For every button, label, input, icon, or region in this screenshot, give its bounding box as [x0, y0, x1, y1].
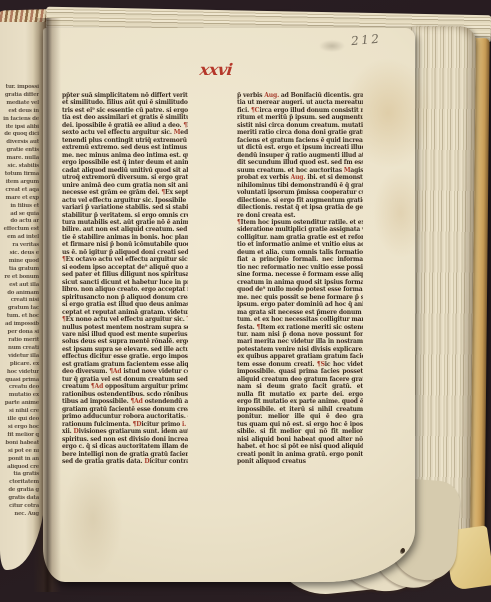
- body-text: Ex nono actu vel effectu arguitur sic.: [66, 316, 187, 323]
- body-text: nulla fit mutatio ex parte dei. ergo: [237, 391, 363, 398]
- text-line: per dona si: [2, 329, 39, 337]
- body-text: bilire. aut non est aliquid creatum. sed…: [62, 226, 188, 233]
- body-text: do actu ar: [10, 218, 39, 224]
- body-text: me. nec minus anima deo intima est. quar…: [62, 152, 188, 159]
- body-text: gratum fac: [8, 305, 39, 311]
- facing-page-text-fragments: tur. impossigratia differmediate velest …: [2, 84, 39, 519]
- body-text: sideratione multiplici gratie assignata …: [237, 226, 363, 233]
- text-line: suum creatum. et hoc auctoritas Magistri: [237, 167, 363, 174]
- body-text: ad se quia: [10, 211, 39, 217]
- text-line: deum et alia. cum omnis talis formatio: [237, 249, 363, 256]
- body-text: tia est deo assimilari et gratis ē simil…: [62, 114, 188, 121]
- body-text: festa.: [237, 324, 257, 331]
- body-text: istud nove videtur colligi: [121, 368, 188, 375]
- body-text: hoc videtur: [7, 369, 39, 375]
- body-text: ra veritas: [12, 242, 39, 248]
- body-text: in filius et: [10, 203, 39, 209]
- text-line: voluntati ipsorum p̄missa cooperatur cum: [237, 189, 363, 196]
- text-line: do animam: [2, 290, 39, 298]
- body-text: mutatio ex: [9, 392, 39, 398]
- text-line: sexto actu vel effectu arguitur sic. Med…: [62, 129, 188, 136]
- text-line: ctoritatem: [2, 479, 39, 487]
- text-line: et similitudo. filius aūt qui ē similitu…: [62, 99, 188, 106]
- offset-ink-ghost: [319, 40, 345, 52]
- text-line: nullus potest mentem nostram supra se el…: [62, 324, 188, 331]
- text-line: creatum ¶Ad oppositum arguitur primo: [62, 383, 188, 390]
- text-line: meriti ratio circa dona doni gratie grat…: [237, 129, 363, 136]
- body-text: ostendendū aūt: [143, 398, 188, 405]
- text-line: tio et informatio anime et vnitio eius a…: [237, 241, 363, 248]
- body-text: ratio merit: [8, 337, 39, 343]
- body-text: si ergo hoc: [8, 424, 39, 430]
- text-line: sed de gratia gratis data. Dicitur contr…: [62, 458, 188, 465]
- body-text: mare. nulla: [7, 155, 39, 161]
- body-text: effectum est: [4, 226, 39, 232]
- text-line: quod de⁹ nullo modo potest esse forma an…: [237, 286, 363, 293]
- text-line: sistit nisi circa donum creatum. mutati …: [237, 122, 363, 129]
- text-line: de quoq dici: [2, 131, 39, 139]
- body-text: mari merita nec videtur illa in nostram: [237, 338, 363, 345]
- body-text: gratiam gratū facientē esse donum creatu…: [62, 406, 188, 413]
- text-line: tum. et ex hoc necessitas colligitur man…: [237, 316, 363, 323]
- body-text: tio nec reformatio nec vnitio esse possi…: [237, 264, 363, 271]
- text-line: bere intelligi non de gratia gratū facie…: [62, 451, 188, 458]
- body-text: est aut illa: [9, 282, 39, 288]
- body-text: spiritusancto non p̄ aliquod donum creat…: [62, 294, 188, 301]
- text-line: creat et aqa: [2, 187, 39, 195]
- text-line: unire animā deo cum gratia non sit anima…: [62, 182, 188, 189]
- body-text: creat et aqa: [5, 187, 39, 193]
- text-line: tur q̄ gratia vel est donum creatum sed …: [62, 376, 188, 383]
- text-line: mare et exp: [2, 195, 39, 203]
- text-line: ille qui deo: [2, 416, 39, 424]
- body-text: rationum fulcimenta.: [62, 421, 133, 428]
- text-line: sicut sancti dicunt et habetur luce in p…: [62, 279, 188, 286]
- text-line: mediate vel: [2, 100, 39, 108]
- text-column-left: pp̄ter suā simplicitatem nō differt veri…: [62, 92, 188, 465]
- body-text: nec. Aug: [14, 511, 39, 517]
- body-text: parte anime: [5, 400, 39, 406]
- text-line: colligitur. nam gratia gratie est et ref…: [237, 234, 363, 241]
- body-text: colligitur. nam gratia gratie est et ref…: [237, 234, 363, 241]
- body-text: libro. non aliquo creato. ergo acceptat …: [62, 286, 188, 293]
- body-text: solus deus est supra mentē rōnalē. ergo …: [62, 338, 188, 345]
- text-line: est aut illa: [2, 282, 39, 290]
- text-line: spiritus. sed non est divisio doni incre…: [62, 436, 188, 443]
- body-text: plicare. ex: [10, 361, 39, 367]
- body-text: sic. deus ē: [10, 250, 39, 256]
- body-text: meriti ratio circa dona doni gratie grat…: [237, 129, 363, 136]
- body-text: nisi aliquid boni habeat quod alter nō: [237, 436, 363, 443]
- text-line: do actu ar: [2, 218, 39, 226]
- body-text: suum creatum. et hoc auctoritas: [237, 167, 344, 174]
- text-line: et firmare nisi p̄ bonū īcōmutabile quod…: [62, 241, 188, 248]
- text-line: creati nisi: [2, 297, 39, 305]
- text-line: si ergo gratia est illud quo deus animas…: [62, 301, 188, 308]
- body-text: agistri: [350, 167, 363, 174]
- body-text: Item ex ratione meriti sic ostendi: [260, 324, 363, 331]
- body-text: sexto actu vel effectu arguitur sic.: [62, 129, 174, 136]
- rubricated-text: ¶S: [317, 361, 325, 368]
- body-text: creati nisi: [11, 297, 39, 303]
- handwritten-folio-number: 212: [351, 31, 402, 47]
- text-line: nam si deum grato facit gratū. et: [237, 383, 363, 390]
- text-line: gratia differ: [2, 92, 39, 100]
- text-line: aliquid creatum deo gratum facere gratū.: [237, 376, 363, 383]
- body-text: tie ē stabilire animas in bonis. hoc pla…: [62, 234, 188, 241]
- body-text: tenendi plus contingit utriq̄ extremorū …: [62, 137, 188, 144]
- body-text: gratie entis: [7, 147, 39, 153]
- text-line: solus deus est supra mentē rōnalē. ergo …: [62, 338, 188, 345]
- recto-page: 212 xxvi pp̄ter suā simplicitatem nō dif…: [43, 28, 415, 582]
- body-text: tum. et hoc: [7, 313, 39, 319]
- body-text: Ex: [187, 122, 188, 129]
- body-text: aliquod cre: [7, 464, 39, 470]
- body-text: Ex septimo: [165, 189, 188, 196]
- body-text: tum. et ex hoc necessitas colligitur man…: [237, 316, 363, 323]
- body-text: ceptat et reputat animā gratam. videtur …: [62, 309, 188, 316]
- text-line: sine forma. necesse ē formam esse aliqui…: [237, 271, 363, 278]
- text-line: ponitur. melior ille qui ē deo gra: [237, 413, 363, 420]
- text-line: tia gratum: [2, 266, 39, 274]
- text-line: habet. et hoc si pōt ee nisi quod aliqui…: [237, 443, 363, 450]
- body-text: icitur contra: [149, 458, 188, 465]
- text-line: aliquod cre: [2, 464, 39, 472]
- text-line: effectum est: [2, 226, 39, 234]
- text-line: nulla fit mutatio ex parte dei. ergo: [237, 391, 363, 398]
- rubricated-text: ¶Ad: [130, 398, 142, 405]
- body-text: Ex octavo actu vel effectu arguitur sic.: [66, 256, 188, 263]
- body-text: ille qui deo: [8, 416, 39, 422]
- text-line: ratio merit: [2, 337, 39, 345]
- text-line: rationum fulcimenta. ¶Dicitur primo i. C…: [62, 421, 188, 428]
- text-line: tio nec reformatio nec vnitio esse possi…: [237, 264, 363, 271]
- text-line: faciens et gratum faciens ē quid increat…: [237, 137, 363, 144]
- text-line: tia ut merear augeri. ut aucta mereatur …: [237, 99, 363, 106]
- body-text: sed pater et filius diligunt nos spiritu…: [62, 271, 188, 278]
- body-text: spiritus. sed non est divisio doni incre…: [62, 436, 188, 443]
- text-line: ponit aliquod creatus: [237, 458, 363, 465]
- body-text: ex quibus apparet gratiam gratum facien: [237, 353, 363, 360]
- text-line: si pōt ee nī: [2, 448, 39, 456]
- body-text: gratis data: [8, 495, 39, 501]
- text-line: ite ipsi alibi: [2, 124, 39, 132]
- body-text: creati ponit in anima gratū. ergo ponit: [237, 451, 363, 458]
- body-text: dilectionis. restat q̄ et ipsa gratia de…: [237, 204, 363, 211]
- body-text: si ergo gratia est illud quo deus animas…: [62, 301, 188, 308]
- body-text: fit melior q: [7, 432, 39, 438]
- body-text: vare nisi illud quod est mente superius.…: [62, 331, 188, 338]
- body-text: potestatem venire nisi divisis explicare…: [237, 346, 363, 353]
- text-line: me. nec quis possit se bene formare p̄ s…: [237, 294, 363, 301]
- text-line: libro. non aliquo creato. ergo acceptat …: [62, 286, 188, 293]
- text-line: variari p̄ variatione stabilis. sed si s…: [62, 204, 188, 211]
- text-line: tris est ei⁹ sic essentie cū patre. si e…: [62, 107, 188, 114]
- body-text: gratia differ: [5, 92, 39, 98]
- body-text: si nihil cre: [9, 408, 39, 414]
- body-text: variari p̄ variatione stabilis. sed si s…: [62, 204, 188, 211]
- body-text: ut dictū est. ergo et ipsum increati ill…: [237, 144, 363, 151]
- rubricated-text: i. Corin.: [182, 421, 188, 428]
- body-text: diversis aut: [6, 139, 39, 145]
- text-line: tem esse donum creati. ¶Sic hoc videt: [237, 361, 363, 368]
- text-line: creati ponit in anima gratū. ergo ponit: [237, 451, 363, 458]
- body-text: icitur primo: [141, 421, 182, 428]
- body-text: impossibile. et iterū si nihil creatum: [237, 406, 363, 413]
- text-line: necesse est grām ee grām dei. ¶Ex septim…: [62, 189, 188, 196]
- body-text: nihilominus tibi demonstrandū ē q̄ grati…: [237, 182, 363, 189]
- text-line: tus quam qui nō est. si ergo hoc ē ipos: [237, 421, 363, 428]
- text-line: parte anime: [2, 400, 39, 408]
- body-text: ipsum. ergo pater dominiū ad hoc q̄ ani: [237, 301, 363, 308]
- body-text: quasi prima: [5, 377, 39, 383]
- text-line: gratiam gratū facientē esse donum creatu…: [62, 406, 188, 413]
- body-text: mediate vel: [6, 100, 39, 106]
- body-text: ergo ipossibile est q̄ inter deum et ani…: [62, 159, 188, 166]
- body-text: ritum et meritū p̄ ipsum. sed augmentum …: [237, 114, 363, 121]
- body-text: aliquid creatum deo gratum facere gratū.: [237, 376, 363, 383]
- body-text: ite ipsi alibi: [6, 124, 39, 130]
- text-line: ergo fit mutatio ex parte anime. quod ē: [237, 398, 363, 405]
- text-line: ra veritas: [2, 242, 39, 250]
- body-text: est ipsam supra se elevare. sed ille act…: [62, 346, 188, 353]
- text-line: spiritusancto non p̄ aliquod donum creat…: [62, 294, 188, 301]
- text-line: bilire. aut non est aliquid creatum. sed…: [62, 226, 188, 233]
- text-line: boni habeat: [2, 440, 39, 448]
- body-text: ic hoc videt: [325, 361, 363, 368]
- text-line: tum. et hoc: [2, 313, 39, 321]
- body-text: xii.: [62, 428, 74, 435]
- body-text: ctoritatem: [9, 479, 39, 485]
- body-text: tur q̄ gratia vel est donum creatum sed …: [62, 376, 188, 383]
- text-line: si nihil cre: [2, 408, 39, 416]
- body-text: primo adducuntur robora auctoritatis. et…: [62, 413, 188, 420]
- body-text: sic. stabilis: [8, 163, 39, 169]
- body-text: quod de⁹ nullo modo potest esse forma an…: [237, 286, 363, 293]
- body-text: ad Bonifaciū dicentis. gra: [279, 92, 363, 99]
- body-text: creatum: [62, 383, 91, 390]
- body-text: tibus ad impossibile.: [62, 398, 130, 405]
- body-text: creatū deo: [9, 384, 39, 390]
- chapter-heading-rubric: xxvi: [160, 62, 272, 78]
- text-line: dei. ipossibile ē gratiā ee aliud a deo.…: [62, 122, 188, 129]
- body-text: me. nec quis possit se bene formare p̄ s…: [237, 294, 363, 301]
- body-text: tur. nam nisi p̄ dona nove possunt for: [237, 331, 363, 338]
- text-line: tur. impossi: [2, 84, 39, 92]
- body-text: extremū extremo. sed deus est intimus an…: [62, 144, 188, 151]
- body-text: sibile. si fit melior qui nō fit melior: [237, 428, 363, 435]
- text-line: actu vel effectu arguitur sic. Ipossibil…: [62, 197, 188, 204]
- body-text: et similitudo. filius aūt qui ē similitu…: [62, 99, 188, 106]
- text-line: festa. ¶Item ex ratione meriti sic osten…: [237, 324, 363, 331]
- text-line: fici. ¶Circa ergo illud donum consistit …: [237, 107, 363, 114]
- text-line: gratum fac: [2, 305, 39, 313]
- body-text: nam si deum grato facit gratū. et: [237, 383, 363, 390]
- body-text: irca ergo illud donum consistit me: [259, 107, 363, 114]
- text-line: tura mutabilis est. aūt gratie nō ē anim…: [62, 219, 188, 226]
- text-line: mine quod: [2, 258, 39, 266]
- paper-stain: [63, 458, 123, 578]
- body-text: item argum: [6, 179, 39, 185]
- text-line: ad se quia: [2, 211, 39, 219]
- ink-speck: [401, 548, 405, 553]
- text-line: est gratiam gratum facientem esse aliqui…: [62, 361, 188, 368]
- text-line: gratie entis: [2, 147, 39, 155]
- body-text: deum et alia. cum omnis talis formatio: [237, 249, 363, 256]
- body-text: us ē. nō igitur p̄ aliquod doni creati s…: [62, 249, 188, 256]
- text-line: ¶Ex octavo actu vel effectu arguitur sic…: [62, 256, 188, 263]
- rubricated-text: Aug.: [291, 174, 306, 181]
- body-text: probat ex verbis: [237, 174, 291, 181]
- body-text: tris est ei⁹ sic essentie cū patre. si e…: [62, 107, 188, 114]
- text-line: hoc videtur: [2, 369, 39, 377]
- text-line: videtur illa: [2, 353, 39, 361]
- body-text: est deus in: [8, 108, 39, 114]
- body-text: dei. ipossibile ē gratiā ee aliud a deo.: [62, 122, 183, 129]
- text-line: est deus in: [2, 108, 39, 116]
- text-line: ponit in an: [2, 456, 39, 464]
- text-line: in faciens de: [2, 116, 39, 124]
- text-line: sideratione multiplici gratie assignata …: [237, 226, 363, 233]
- text-line: mari merita nec videtur illa in nostram: [237, 338, 363, 345]
- text-line: utroq̄ extremorū diversum. si ergo grati…: [62, 174, 188, 181]
- body-text: ma grata sit necesse est p̄mere donum cr…: [237, 309, 363, 316]
- text-line: ma grata sit necesse est p̄mere donum cr…: [237, 309, 363, 316]
- text-line: gratis data: [2, 495, 39, 503]
- text-line: dilectione. si ergo fit augmentum gratie…: [237, 197, 363, 204]
- body-text: videtur illa: [8, 353, 39, 359]
- rubricated-text: T: [187, 316, 188, 323]
- text-line: sibile. si fit melior qui nō fit melior: [237, 428, 363, 435]
- text-line: ut dictū est. ergo et ipsum increati ill…: [237, 144, 363, 151]
- rubricated-text: ¶Ad: [109, 368, 121, 375]
- body-text: Item hoc ipsum ostenditur ratile. et ex …: [241, 219, 363, 226]
- text-line: dit secundum illud quod est. sed fm esse: [237, 159, 363, 166]
- text-line: pp̄ter suā simplicitatem nō differt veri…: [62, 92, 188, 99]
- text-line: tie ē stabilire animas in bonis. hoc pla…: [62, 234, 188, 241]
- text-line: si eodem ipso acceptat de⁹ aliquē quo am…: [62, 264, 188, 271]
- text-line: effectus dicitur esse gratie. ergo impos…: [62, 353, 188, 360]
- body-text: mare et exp: [6, 195, 39, 201]
- text-line: tia est deo assimilari et gratis ē simil…: [62, 114, 188, 121]
- body-text: do animam: [7, 290, 39, 296]
- body-text: re doni creata est.: [237, 212, 295, 219]
- text-column-right: p̄ verbis Aug. ad Bonifaciū dicentis. gr…: [237, 92, 363, 465]
- text-line: sic. deus ē: [2, 250, 39, 258]
- text-line: ritum et meritū p̄ ipsum. sed augmentum …: [237, 114, 363, 121]
- body-text: stabilitur p̄ veritatem. si ergo omnis c…: [62, 212, 188, 219]
- text-line: creatū deo: [2, 384, 39, 392]
- text-line: sic. stabilis: [2, 163, 39, 171]
- text-line: re doni creata est.: [237, 212, 363, 219]
- text-line: tenendi plus contingit utriq̄ extremorū …: [62, 137, 188, 144]
- text-line: em ad intel: [2, 234, 39, 242]
- body-text: boni habeat: [5, 440, 39, 446]
- text-line: ad impossib: [2, 321, 39, 329]
- body-text: ibi. et si demonstrat: [305, 174, 363, 181]
- text-line: mare. nulla: [2, 155, 39, 163]
- body-text: in faciens de: [3, 116, 39, 122]
- body-text: oppositum arguitur primo: [103, 383, 188, 390]
- body-text: edius: [180, 129, 188, 136]
- body-text: sed de gratia gratis data.: [62, 458, 144, 465]
- text-line: ergo c. q̄ si dicas auctoritatem illam d…: [62, 443, 188, 450]
- body-text: ad impossib: [5, 321, 39, 327]
- text-line: p̄ verbis Aug. ad Bonifaciū dicentis. gr…: [237, 92, 363, 99]
- body-text: faciens et gratum faciens ē quid increat…: [237, 137, 363, 144]
- body-text: dit secundum illud quod est. sed fm esse: [237, 159, 363, 166]
- body-text: tio et informatio anime et vnitio eius a…: [237, 241, 363, 248]
- text-line: ergo ipossibile est q̄ inter deum et ani…: [62, 159, 188, 166]
- body-text: sistit nisi circa donum creatum. mutati …: [237, 122, 363, 129]
- text-line: de gratia g: [2, 487, 39, 495]
- body-text: tia gratum: [9, 266, 39, 272]
- body-text: pp̄ter suā simplicitatem nō differt veri…: [62, 92, 188, 99]
- text-line: ceptat et reputat animā gratam. videtur …: [62, 309, 188, 316]
- text-line: plicare. ex: [2, 361, 39, 369]
- facing-page-edge: tur. impossigratia differmediate velest …: [0, 22, 46, 570]
- body-text: dilectione. si ergo fit augmentum gratie…: [237, 197, 363, 204]
- text-line: est ipsam supra se elevare. sed ille act…: [62, 346, 188, 353]
- body-text: tem esse donum creati.: [237, 361, 317, 368]
- body-text: fiat a principio formali. nec informa: [237, 256, 363, 263]
- text-line: diversis aut: [2, 139, 39, 147]
- body-text: cadat aliquod mediū unitivū quod sit ab: [62, 167, 188, 174]
- body-text: voluntati ipsorum p̄missa cooperatur cum: [237, 189, 363, 196]
- text-line: creatum in anima quod sit ipsius forma. …: [237, 279, 363, 286]
- text-line: totum firmā: [2, 171, 39, 179]
- body-text: tur. impossi: [6, 84, 39, 90]
- text-line: potestatem venire nisi divisis explicare…: [237, 346, 363, 353]
- text-line: re et bonum: [2, 274, 39, 282]
- text-line: impossibile. quasi prima facies posset: [237, 368, 363, 375]
- text-line: impossibile. et iterū si nihil creatum: [237, 406, 363, 413]
- text-line: mutatio ex: [2, 392, 39, 400]
- text-line: in filius et: [2, 203, 39, 211]
- text-line: deo diversum. ¶Ad istud nove videtur col…: [62, 368, 188, 375]
- text-line: item argum: [2, 179, 39, 187]
- body-text: ponit aliquod creatus: [237, 458, 306, 465]
- body-text: nullus potest mentem nostram supra se el…: [62, 324, 188, 331]
- text-line: tibus ad impossibile. ¶Ad ostendendū aūt: [62, 398, 188, 405]
- text-line: dilectionis. restat q̄ et ipsa gratia de…: [237, 204, 363, 211]
- body-text: impossibile. quasi prima facies posset: [237, 368, 363, 375]
- text-line: primo adducuntur robora auctoritatis. et…: [62, 413, 188, 420]
- body-text: totum firmā: [5, 171, 39, 177]
- body-text: ponitur. melior ille qui ē deo gra: [237, 413, 363, 420]
- text-line: tia gratis: [2, 471, 39, 479]
- text-line: stabilitur p̄ veritatem. si ergo omnis c…: [62, 212, 188, 219]
- body-text: tia gratis: [13, 471, 39, 477]
- text-line: ipsum. ergo pater dominiū ad hoc q̄ ani: [237, 301, 363, 308]
- text-line: sed pater et filius diligunt nos spiritu…: [62, 271, 188, 278]
- text-line: probat ex verbis Aug. ibi. et si demonst…: [237, 174, 363, 181]
- body-text: tura mutabilis est. aūt gratie nō ē anim…: [62, 219, 188, 226]
- body-text: et firmare nisi p̄ bonū īcōmutabile quod…: [62, 241, 188, 248]
- body-text: deo diversum.: [62, 368, 109, 375]
- text-line: ¶Item hoc ipsum ostenditur ratile. et ex…: [237, 219, 363, 226]
- text-line: fit melior q: [2, 432, 39, 440]
- text-line: num creati: [2, 345, 39, 353]
- body-text: actu vel effectu arguitur sic. Ipossibil…: [62, 197, 188, 204]
- body-text: em ad intel: [7, 234, 39, 240]
- body-text: dendū insuper q̄ ratio augmenti illud at…: [237, 152, 363, 159]
- text-line: si ergo hoc: [2, 424, 39, 432]
- body-text: mine quod: [9, 258, 39, 264]
- text-line: rationibus ostendentibus. scdo rōnibus d…: [62, 391, 188, 398]
- body-text: ergo c. q̄ si dicas auctoritatem illam d…: [62, 443, 188, 450]
- body-text: de quoq dici: [4, 131, 39, 137]
